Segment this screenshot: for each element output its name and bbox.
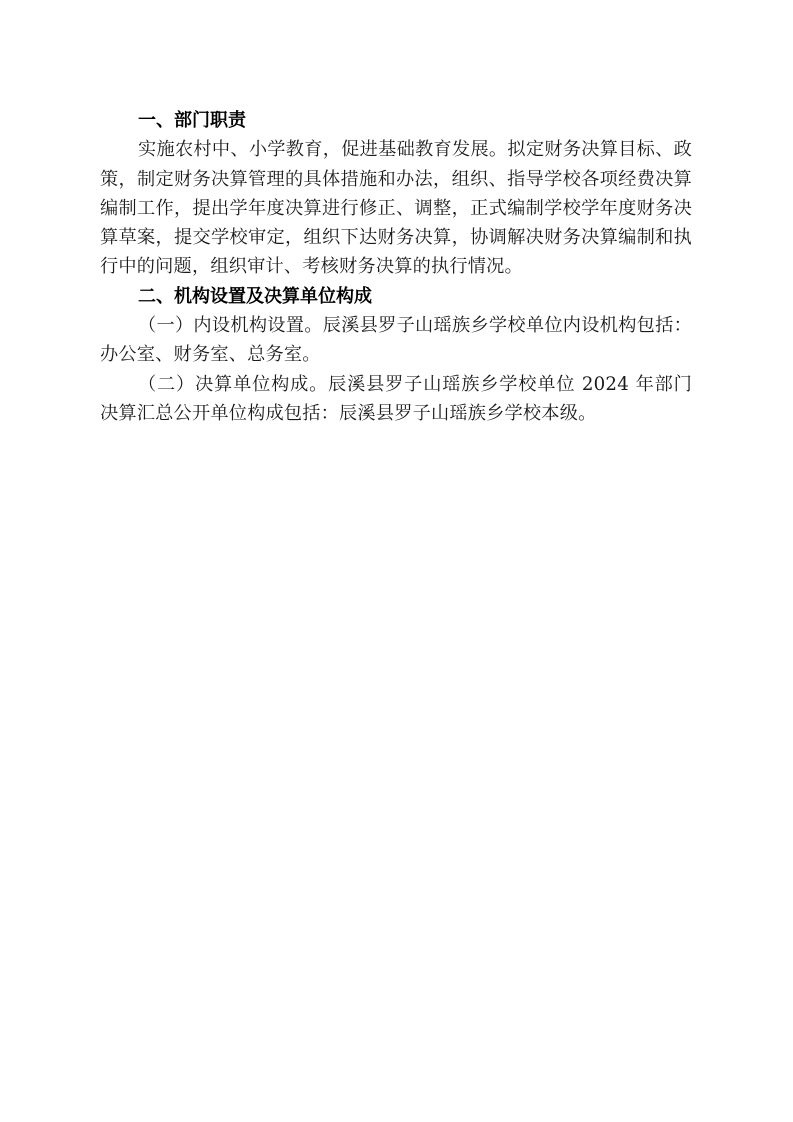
section-heading-organization: 二、机构设置及决算单位构成 [100, 282, 692, 311]
section-heading-department-duties: 一、部门职责 [100, 106, 692, 135]
document-page: 一、部门职责 实施农村中、小学教育，促进基础教育发展。拟定财务决算目标、政策，制… [100, 106, 692, 428]
paragraph-internal-structure: （一）内设机构设置。辰溪县罗子山瑶族乡学校单位内设机构包括：办公室、财务室、总务… [100, 311, 692, 370]
paragraph-budget-units: （二）决算单位构成。辰溪县罗子山瑶族乡学校单位 2024 年部门决算汇总公开单位… [100, 370, 692, 429]
paragraph-department-duties: 实施农村中、小学教育，促进基础教育发展。拟定财务决算目标、政策，制定财务决算管理… [100, 135, 692, 281]
